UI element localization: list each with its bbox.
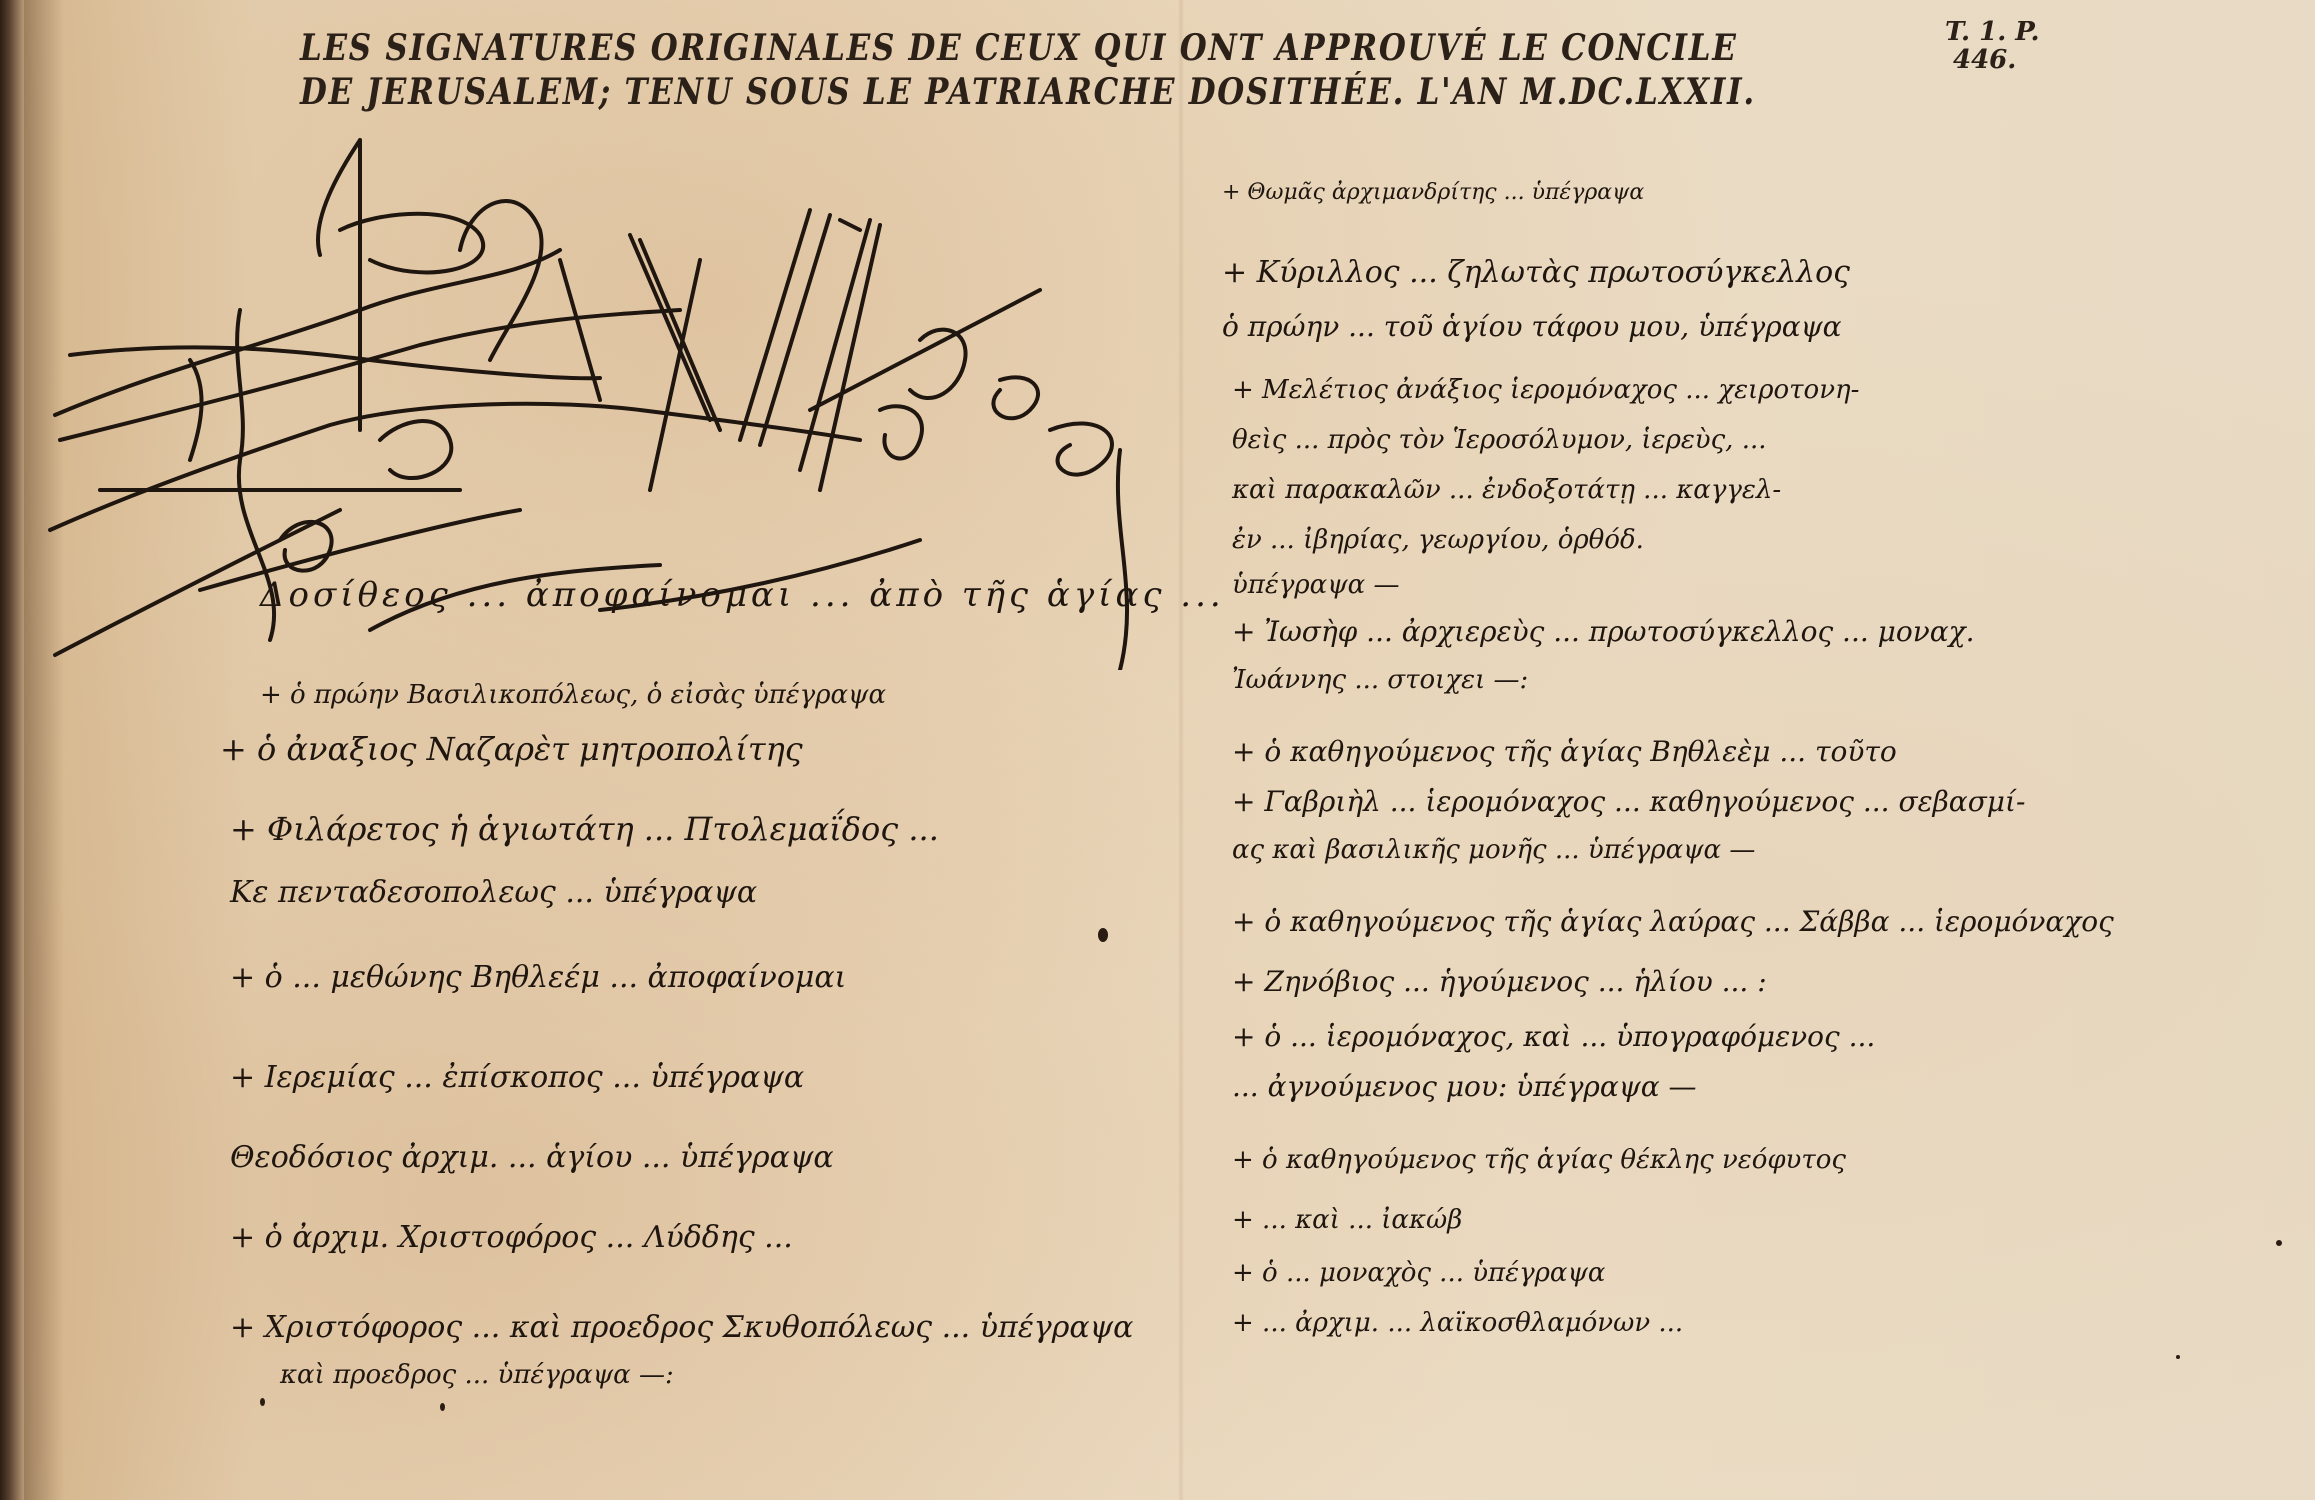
- page-title: LES SIGNATURES ORIGINALES DE CEUX QUI ON…: [300, 26, 1860, 114]
- signature-line: + Κύριλλος ... ζηλωτὰς πρωτοσύγκελλος: [1222, 255, 1850, 290]
- signature-line: + ὁ ... μεθώνης Βηθλεέμ ... ἀποφαίνομαι: [230, 960, 846, 995]
- signature-line: καὶ παρακαλῶν ... ἐνδοξοτάτῃ ... καγγελ-: [1232, 475, 1781, 505]
- signature-line: + Ἰωσὴφ ... ἀρχιερεὺς ... πρωτοσύγκελλος…: [1232, 615, 1975, 648]
- title-line-1: LES SIGNATURES ORIGINALES DE CEUX QUI ON…: [300, 26, 1642, 70]
- signature-line: θεὶς ... πρὸς τὸν Ἱεροσόλυμον, ἱερεὺς, .…: [1232, 425, 1767, 455]
- ink-spot: [260, 1398, 265, 1406]
- signature-line: + Θωμᾶς ἀρχιμανδρίτης ... ὑπέγραψα: [1222, 180, 1644, 205]
- signature-line: ὁ πρώην ... τοῦ ἁγίου τάφου μου, ὑπέγραψ…: [1222, 310, 1842, 343]
- ink-spot: [440, 1403, 445, 1411]
- signature-line: Κε πενταδεσοπολεως ... ὑπέγραψα: [230, 875, 757, 910]
- signature-line: Θεοδόσιος ἀρχιμ. ... ἁγίου ... ὑπέγραψα: [230, 1140, 834, 1175]
- signature-line: + ὁ πρώην Βασιλικοπόλεως, ὁ εἰσὰς ὑπέγρα…: [260, 680, 886, 710]
- ink-spot: [2176, 1355, 2180, 1359]
- signature-line: + Χριστόφορος ... καὶ προεδρος Σκυθοπόλε…: [230, 1310, 1133, 1345]
- signature-line: + ὁ ... ἱερομόναχος, καὶ ... ὑπογραφόμεν…: [1232, 1020, 1875, 1053]
- signature-line: ἐν ... ἰβηρίας, γεωργίου, ὁρθόδ.: [1232, 525, 1644, 555]
- signature-line: Ἰωάννης ... στοιχει —:: [1232, 665, 1528, 695]
- signature-line: + ὁ καθηγούμενος τῆς ἁγίας θέκλης νεόφυτ…: [1232, 1145, 1846, 1175]
- ink-spot: [1098, 928, 1108, 942]
- signature-line: + ὁ ... μοναχὸς ... ὑπέγραψα: [1232, 1258, 1605, 1288]
- signature-line: ... ἀγνούμενος μου: ὑπέγραψα —: [1232, 1070, 1697, 1103]
- signature-line: + Γαβριὴλ ... ἱερομόναχος ... καθηγούμεν…: [1232, 785, 2025, 818]
- signature-line: + Ιερεμίας ... ἐπίσκοπος ... ὑπέγραψα: [230, 1060, 804, 1095]
- page-ref-number: 446.: [1945, 46, 2065, 74]
- title-line-2: DE JERUSALEM; TENU SOUS LE PATRIARCHE DO…: [300, 70, 1642, 114]
- signature-line: + Ζηνόβιος ... ἡγούμενος ... ἡλίου ... :: [1232, 965, 1767, 998]
- book-spine: [0, 0, 24, 1500]
- signature-line: + ... ἀρχιμ. ... λαϊκοσθλαμόνων ...: [1232, 1308, 1683, 1338]
- signature-line: + ... καὶ ... ἰακώβ: [1232, 1205, 1462, 1235]
- signature-line: ας καὶ βασιλικῆς μονῆς ... ὑπέγραψα —: [1232, 835, 1755, 865]
- page-reference: T. 1. P. 446.: [1945, 18, 2065, 74]
- signature-line: καὶ προεδρος ... ὑπέγραψα —:: [280, 1360, 674, 1390]
- ink-spot: [2276, 1240, 2282, 1246]
- flourish-signature-text: Δοσίθεος ... ἀποφαίνομαι ... ἀπὸ τῆς ἁγί…: [260, 575, 1225, 615]
- signature-line: + ὁ καθηγούμενος τῆς ἁγίας λαύρας ... Σά…: [1232, 905, 2114, 938]
- signature-line: + ὁ ἀρχιμ. Χριστοφόρος ... Λύδδης ...: [230, 1220, 793, 1255]
- signature-line: + Φιλάρετος ἡ ἁγιωτάτη ... Πτολεμαΐδος .…: [230, 810, 939, 848]
- signature-line: ὑπέγραψα —: [1232, 570, 1399, 600]
- signature-line: + Μελέτιος ἀνάξιος ἱερομόναχος ... χειρο…: [1232, 375, 1859, 405]
- signature-line: + ὁ καθηγούμενος τῆς ἁγίας Βηθλεὲμ ... τ…: [1232, 735, 1897, 768]
- page-ref-volume: T. 1. P.: [1945, 18, 2065, 46]
- signature-line: + ὁ ἀναξιος Ναζαρὲτ μητροπολίτης: [220, 730, 803, 768]
